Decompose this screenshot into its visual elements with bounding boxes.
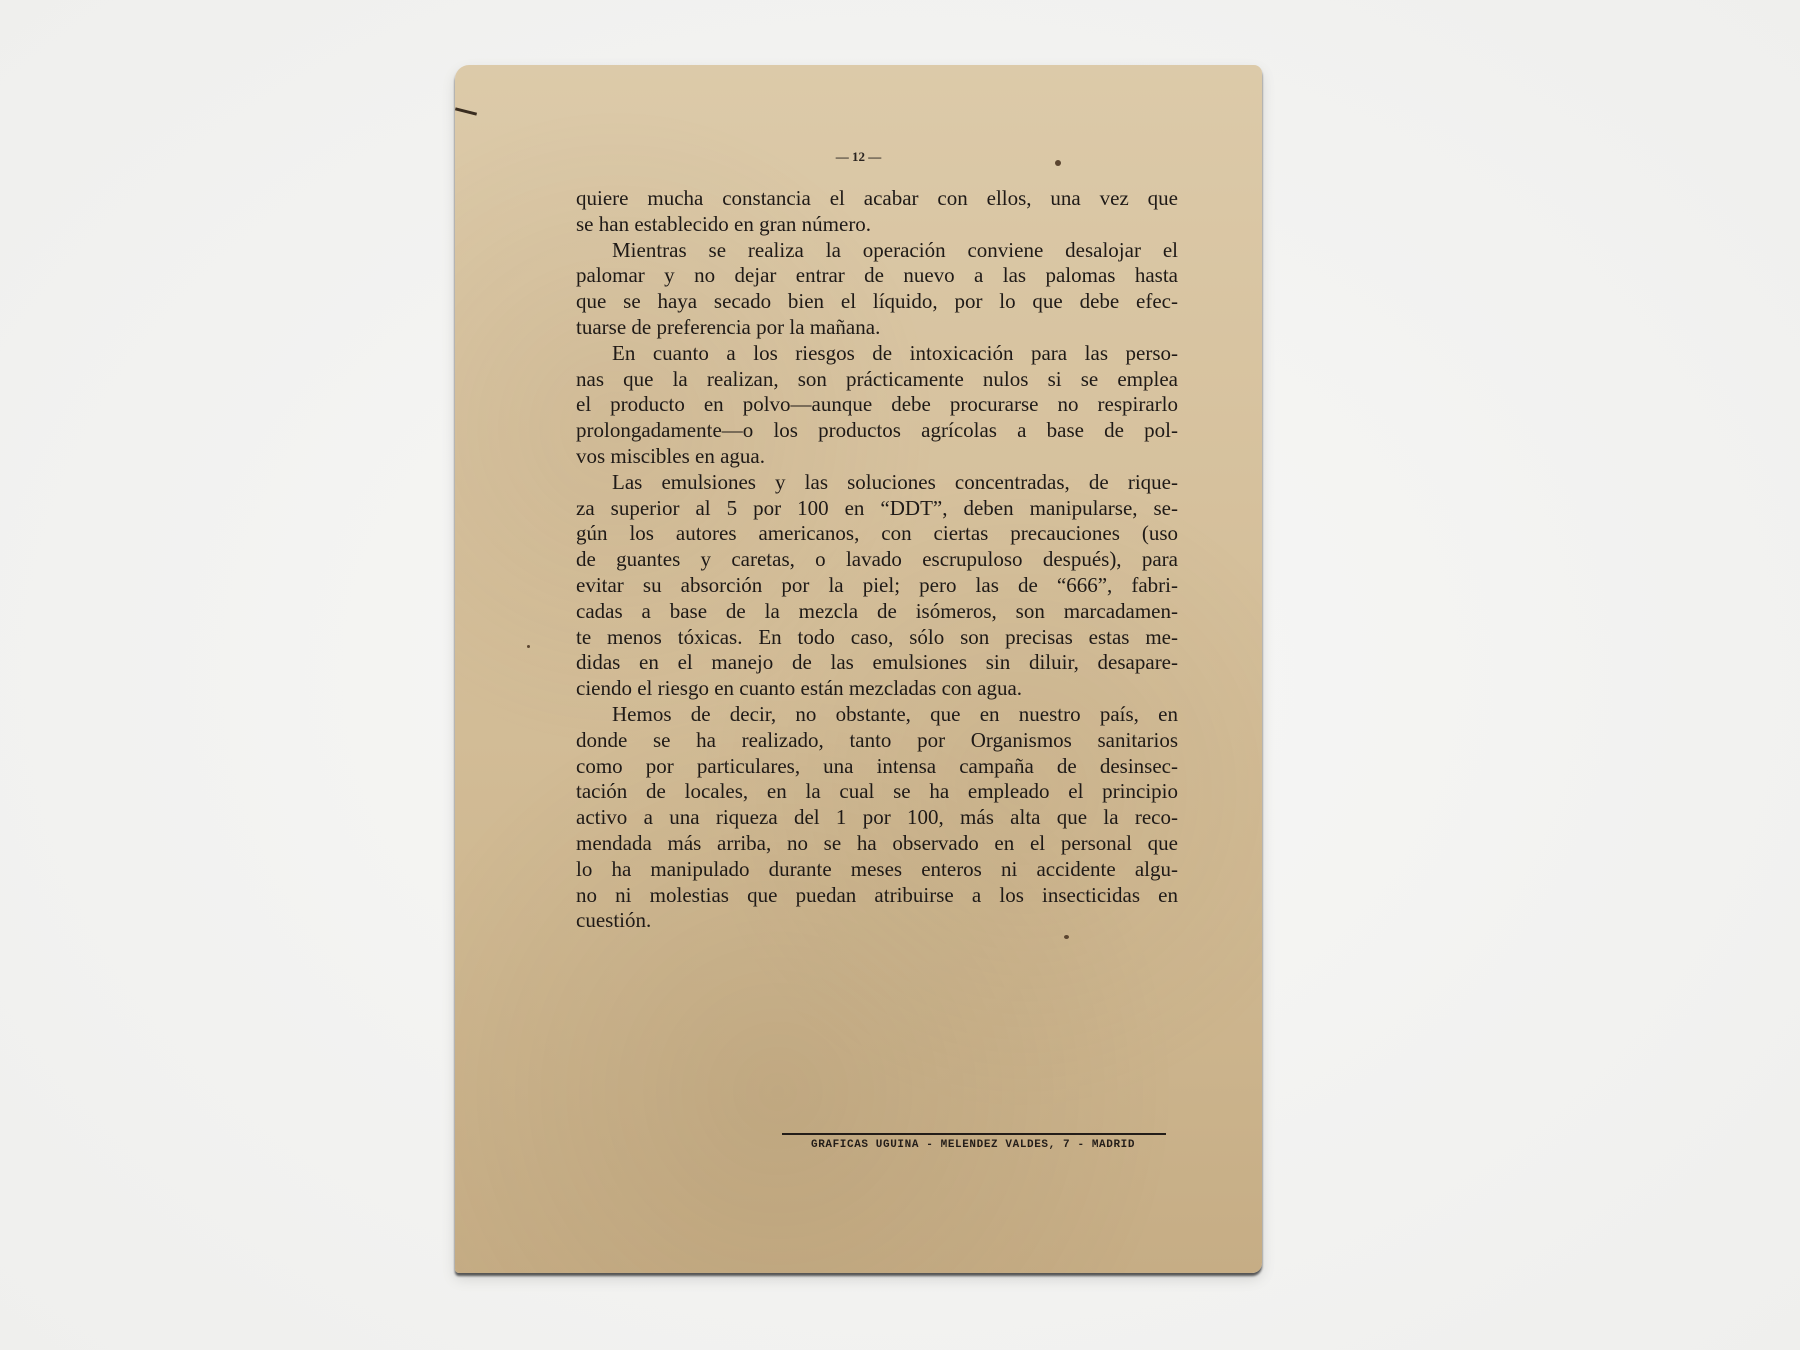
imprint-divider	[782, 1133, 1166, 1135]
page-number: — 12 —	[455, 149, 1262, 165]
text-line: prolongadamente—o los productos agrícola…	[576, 418, 1178, 444]
text-line: quiere mucha constancia el acabar con el…	[576, 186, 1178, 212]
text-line: ciendo el riesgo en cuanto están mezclad…	[576, 676, 1178, 702]
text-line: que se haya secado bien el líquido, por …	[576, 289, 1178, 315]
text-line: Mientras se realiza la operación convien…	[576, 238, 1178, 264]
text-line: tuarse de preferencia por la mañana.	[576, 315, 1178, 341]
text-line: donde se ha realizado, tanto por Organis…	[576, 728, 1178, 754]
text-line: za superior al 5 por 100 en “DDT”, deben…	[576, 496, 1178, 522]
text-line: palomar y no dejar entrar de nuevo a las…	[576, 263, 1178, 289]
text-line: nas que la realizan, son prácticamente n…	[576, 367, 1178, 393]
text-line: activo a una riqueza del 1 por 100, más …	[576, 805, 1178, 831]
paragraph: Las emulsiones y las soluciones concentr…	[576, 470, 1178, 702]
text-line: de guantes y caretas, o lavado escrupulo…	[576, 547, 1178, 573]
text-line: Las emulsiones y las soluciones concentr…	[576, 470, 1178, 496]
body-text: quiere mucha constancia el acabar con el…	[576, 186, 1178, 934]
paragraph: quiere mucha constancia el acabar con el…	[576, 186, 1178, 238]
printed-page: — 12 — quiere mucha constancia el acabar…	[455, 65, 1262, 1273]
text-line: evitar su absorción por la piel; pero la…	[576, 573, 1178, 599]
text-line: didas en el manejo de las emulsiones sin…	[576, 650, 1178, 676]
text-line: Hemos de decir, no obstante, que en nues…	[576, 702, 1178, 728]
printer-imprint: GRAFICAS UGUINA - MELENDEZ VALDES, 7 - M…	[811, 1139, 1135, 1151]
paragraph: Mientras se realiza la operación convien…	[576, 238, 1178, 341]
text-line: En cuanto a los riesgos de intoxicación …	[576, 341, 1178, 367]
ink-spot	[1064, 935, 1069, 939]
text-line: lo ha manipulado durante meses enteros n…	[576, 857, 1178, 883]
text-line: gún los autores americanos, con ciertas …	[576, 521, 1178, 547]
text-line: te menos tóxicas. En todo caso, sólo son…	[576, 625, 1178, 651]
text-line: el producto en polvo—aunque debe procura…	[576, 392, 1178, 418]
text-line: cadas a base de la mezcla de isómeros, s…	[576, 599, 1178, 625]
ink-spot	[527, 645, 530, 648]
text-line: se han establecido en gran número.	[576, 212, 1178, 238]
text-line: mendada más arriba, no se ha observado e…	[576, 831, 1178, 857]
page-tear-mark	[455, 107, 477, 115]
text-line: no ni molestias que puedan atribuirse a …	[576, 883, 1178, 909]
text-line: vos miscibles en agua.	[576, 444, 1178, 470]
text-line: cuestión.	[576, 908, 1178, 934]
paragraph: Hemos de decir, no obstante, que en nues…	[576, 702, 1178, 934]
paragraph: En cuanto a los riesgos de intoxicación …	[576, 341, 1178, 470]
text-line: como por particulares, una intensa campa…	[576, 754, 1178, 780]
text-line: tación de locales, en la cual se ha empl…	[576, 779, 1178, 805]
